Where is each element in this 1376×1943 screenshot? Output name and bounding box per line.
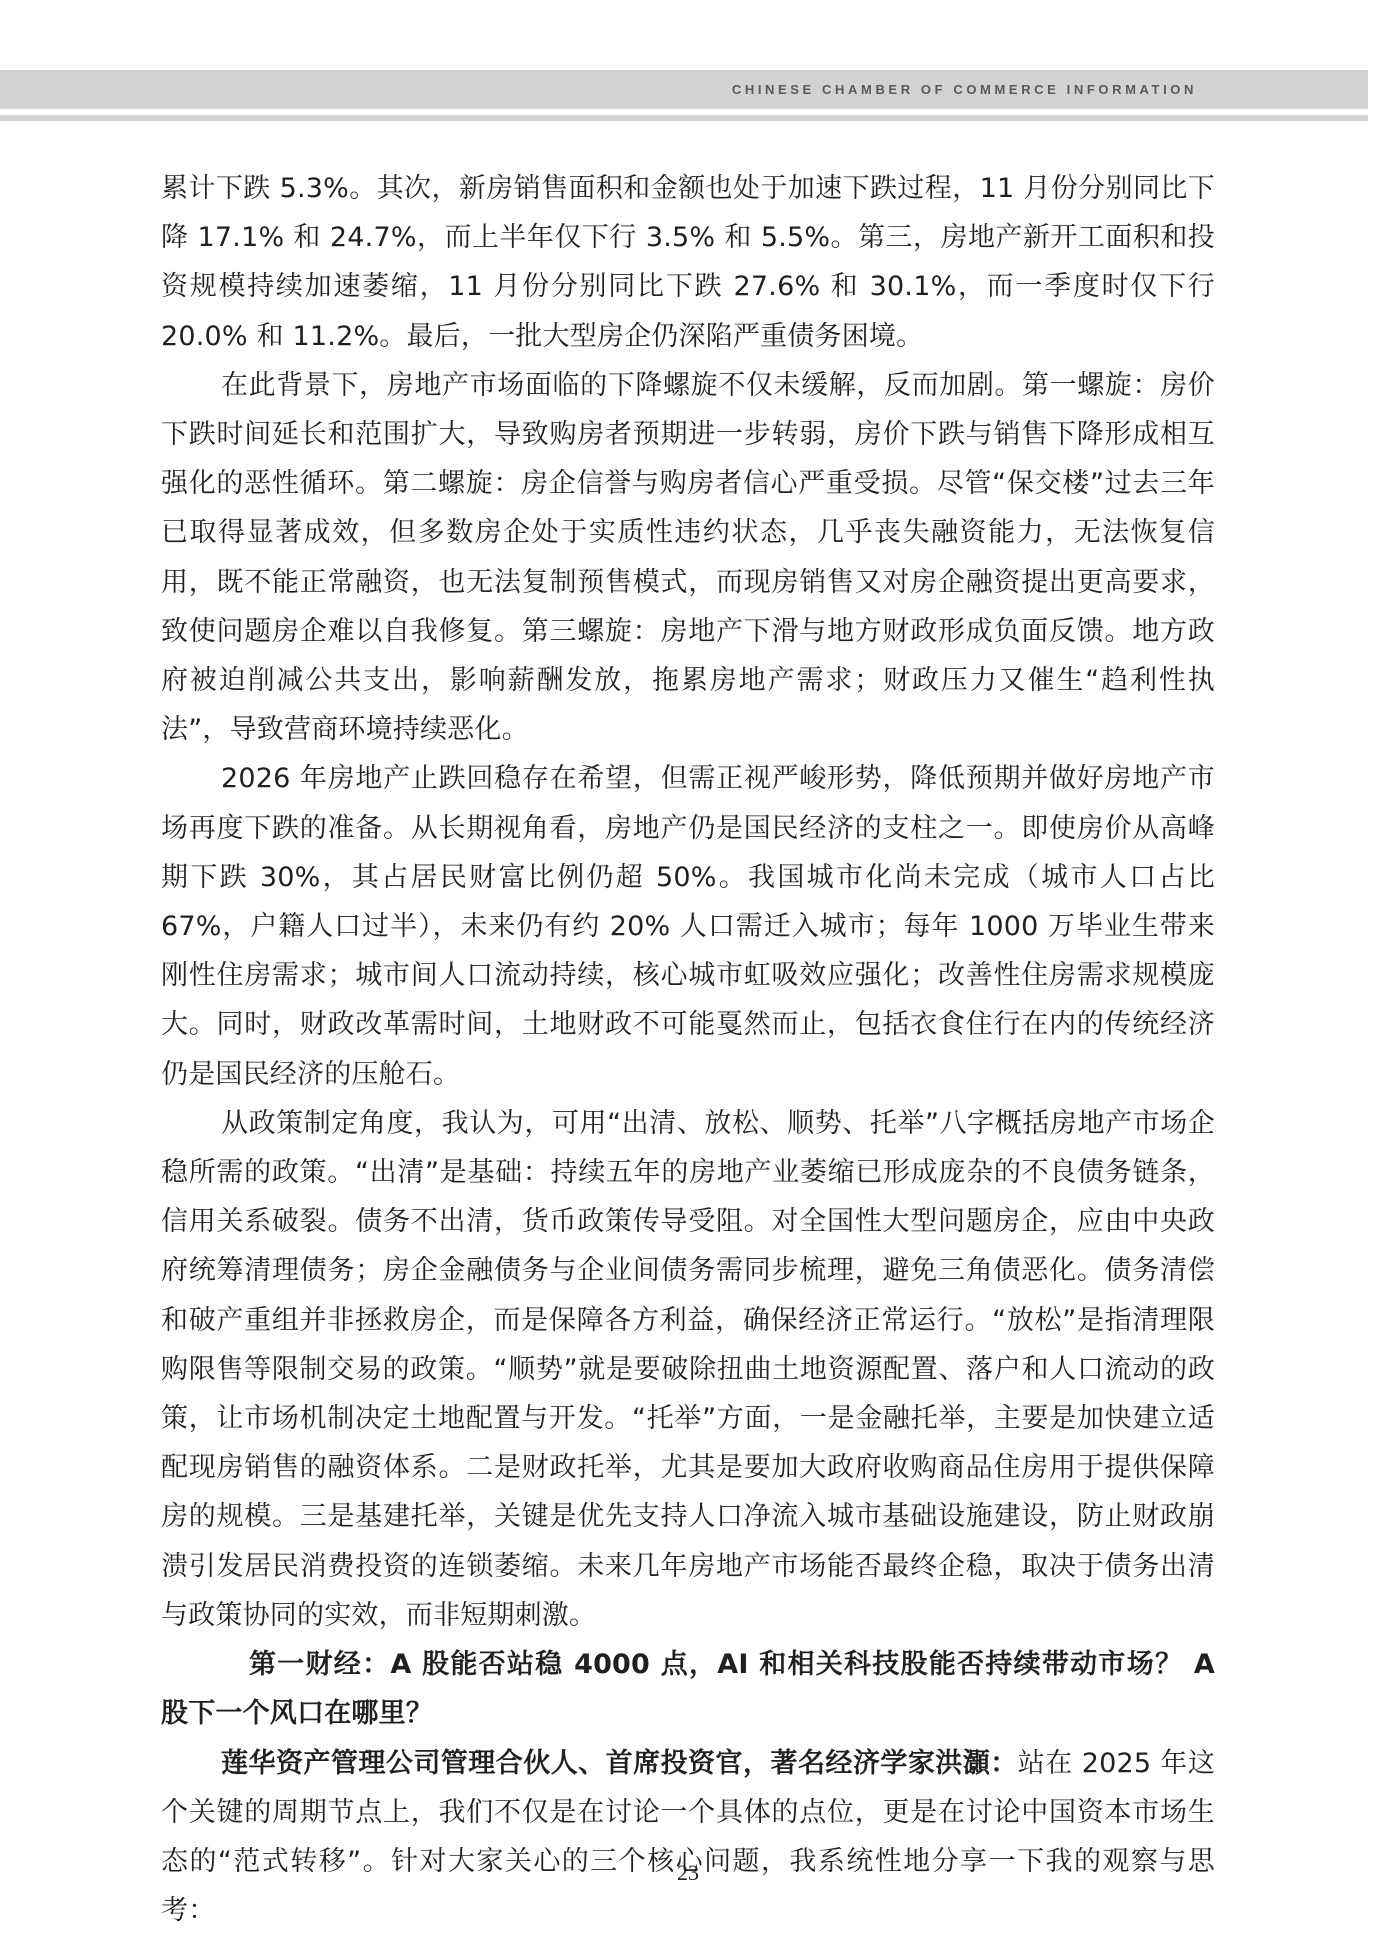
paragraph-outlook-2026: 2026 年房地产止跌回稳存在希望，但需正视严峻形势，降低预期并做好房地产市场再… <box>161 754 1215 1098</box>
paragraph-continuation: 累计下跌 5.3%。其次，新房销售面积和金额也处于加速下跌过程，11 月份分别同… <box>161 164 1215 361</box>
paragraph-spirals: 在此背景下，房地产市场面临的下降螺旋不仅未缓解，反而加剧。第一螺旋：房价下跌时间… <box>161 361 1215 755</box>
page-number: 23 <box>0 1860 1376 1886</box>
header-divider <box>0 115 1368 121</box>
running-header-band: CHINESE CHAMBER OF COMMERCE INFORMATION <box>0 70 1368 109</box>
paragraph-policy: 从政策制定角度，我认为，可用“出清、放松、顺势、托举”八字概括房地产市场企稳所需… <box>161 1099 1215 1640</box>
publication-name: CHINESE CHAMBER OF COMMERCE INFORMATION <box>732 70 1197 109</box>
article-body: 累计下跌 5.3%。其次，新房销售面积和金额也处于加速下跌过程，11 月份分别同… <box>161 164 1215 1935</box>
interview-answer: 莲华资产管理公司管理合伙人、首席投资官，著名经济学家洪灝：站在 2025 年这个… <box>161 1739 1215 1936</box>
interview-question: 第一财经：A 股能否站稳 4000 点，AI 和相关科技股能否持续带动市场？ A… <box>161 1640 1215 1738</box>
speaker-attribution: 莲华资产管理公司管理合伙人、首席投资官，著名经济学家洪灝： <box>221 1748 1018 1779</box>
